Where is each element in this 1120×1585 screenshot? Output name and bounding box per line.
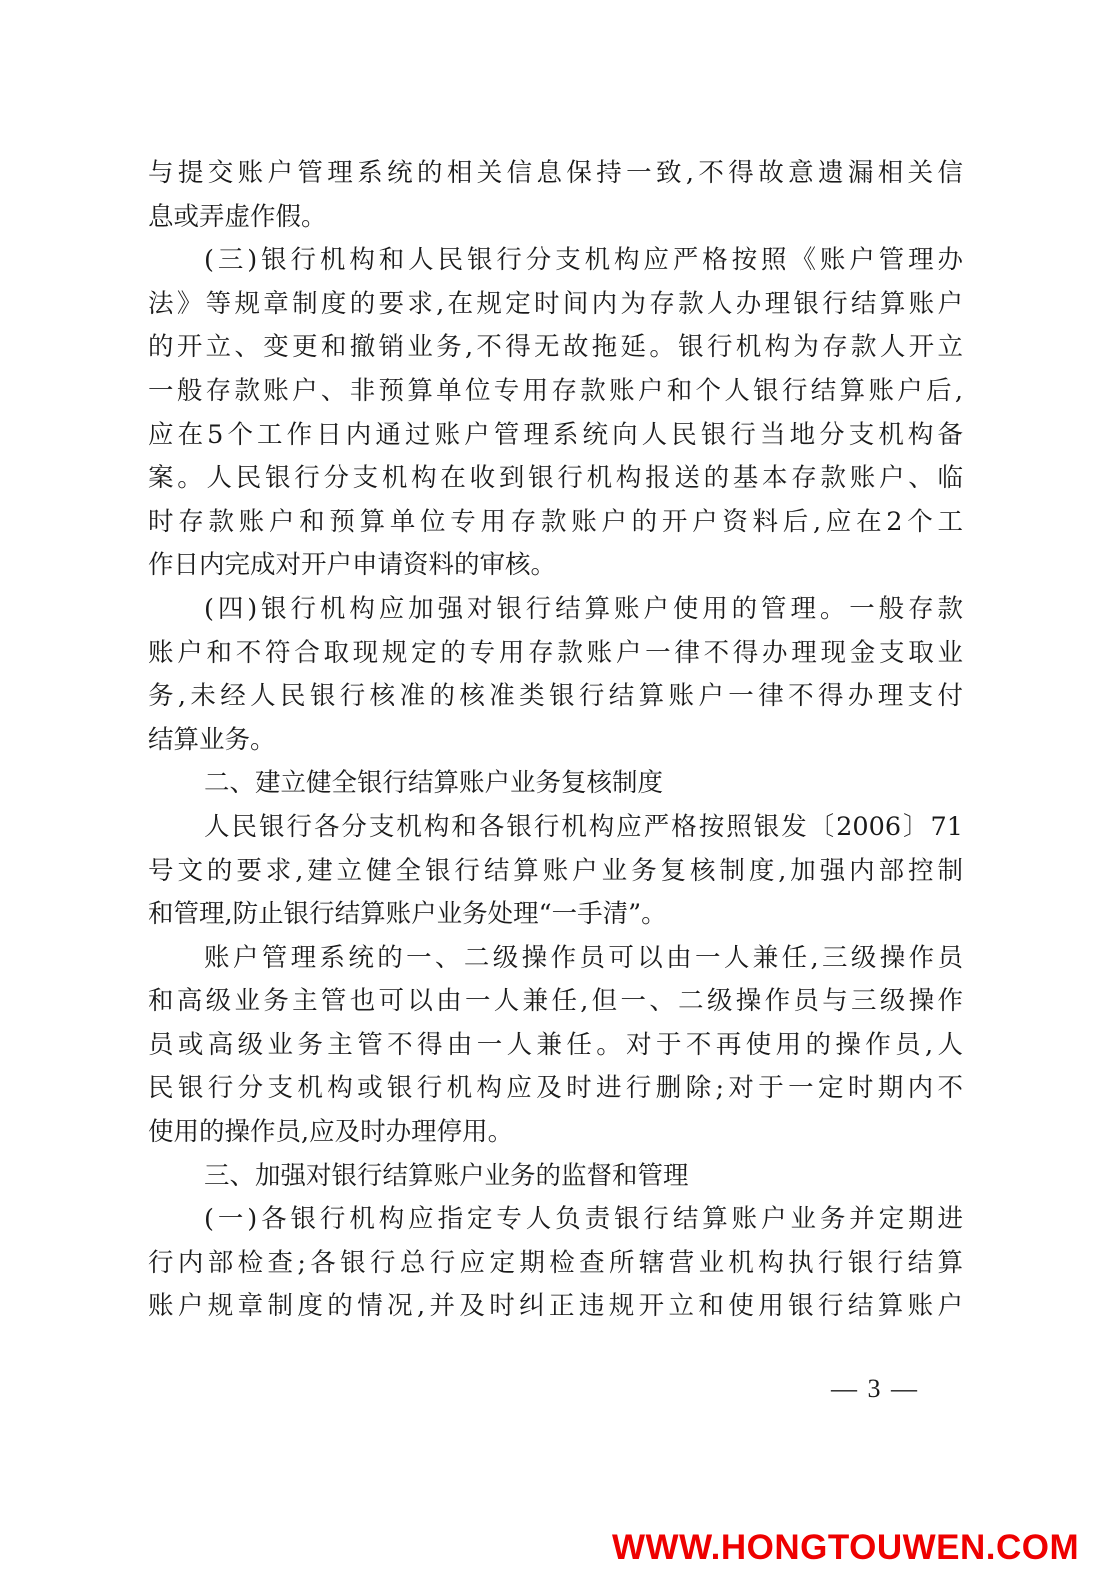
text-line: 与提交账户管理系统的相关信息保持一致,不得故意遗漏相关信 (148, 152, 963, 196)
text-line: 应在5个工作日内通过账户管理系统向人民银行当地分支机构备 (148, 414, 963, 458)
text-line: 账户管理系统的一、二级操作员可以由一人兼任,三级操作员 (148, 937, 963, 981)
document-page: 与提交账户管理系统的相关信息保持一致,不得故意遗漏相关信 息或弄虚作假。 (三)… (0, 0, 1120, 1585)
text-line: 务,未经人民银行核准的核准类银行结算账户一律不得办理支付 (148, 675, 963, 719)
page-number: — 3 — (820, 1374, 930, 1404)
section-heading: 三、加强对银行结算账户业务的监督和管理 (148, 1155, 963, 1199)
text-line: 使用的操作员,应及时办理停用。 (148, 1111, 963, 1155)
body-text: 与提交账户管理系统的相关信息保持一致,不得故意遗漏相关信 息或弄虚作假。 (三)… (148, 152, 963, 1329)
text-line: 民银行分支机构或银行机构应及时进行删除;对于一定时期内不 (148, 1067, 963, 1111)
text-line: 号文的要求,建立健全银行结算账户业务复核制度,加强内部控制 (148, 850, 963, 894)
text-line: 账户规章制度的情况,并及时纠正违规开立和使用银行结算账户 (148, 1285, 963, 1329)
text-line: 账户和不符合取现规定的专用存款账户一律不得办理现金支取业 (148, 632, 963, 676)
text-line: 行内部检查;各银行总行应定期检查所辖营业机构执行银行结算 (148, 1242, 963, 1286)
text-line: 人民银行各分支机构和各银行机构应严格按照银发〔2006〕71 (148, 806, 963, 850)
text-line: 和高级业务主管也可以由一人兼任,但一、二级操作员与三级操作 (148, 980, 963, 1024)
watermark-url: WWW.HONGTOUWEN.COM (612, 1528, 1102, 1568)
text-line: 案。人民银行分支机构在收到银行机构报送的基本存款账户、临 (148, 457, 963, 501)
text-line: 息或弄虚作假。 (148, 196, 963, 240)
text-line: (四)银行机构应加强对银行结算账户使用的管理。一般存款 (148, 588, 963, 632)
text-line: 的开立、变更和撤销业务,不得无故拖延。银行机构为存款人开立 (148, 326, 963, 370)
section-heading: 二、建立健全银行结算账户业务复核制度 (148, 762, 963, 806)
text-line: 员或高级业务主管不得由一人兼任。对于不再使用的操作员,人 (148, 1024, 963, 1068)
text-line: 结算业务。 (148, 719, 963, 763)
text-line: 作日内完成对开户申请资料的审核。 (148, 544, 963, 588)
text-line: (一)各银行机构应指定专人负责银行结算账户业务并定期进 (148, 1198, 963, 1242)
text-line: 法》等规章制度的要求,在规定时间内为存款人办理银行结算账户 (148, 283, 963, 327)
text-line: 时存款账户和预算单位专用存款账户的开户资料后,应在2个工 (148, 501, 963, 545)
text-line: 一般存款账户、非预算单位专用存款账户和个人银行结算账户后, (148, 370, 963, 414)
text-line: 和管理,防止银行结算账户业务处理“一手清”。 (148, 893, 963, 937)
text-line: (三)银行机构和人民银行分支机构应严格按照《账户管理办 (148, 239, 963, 283)
